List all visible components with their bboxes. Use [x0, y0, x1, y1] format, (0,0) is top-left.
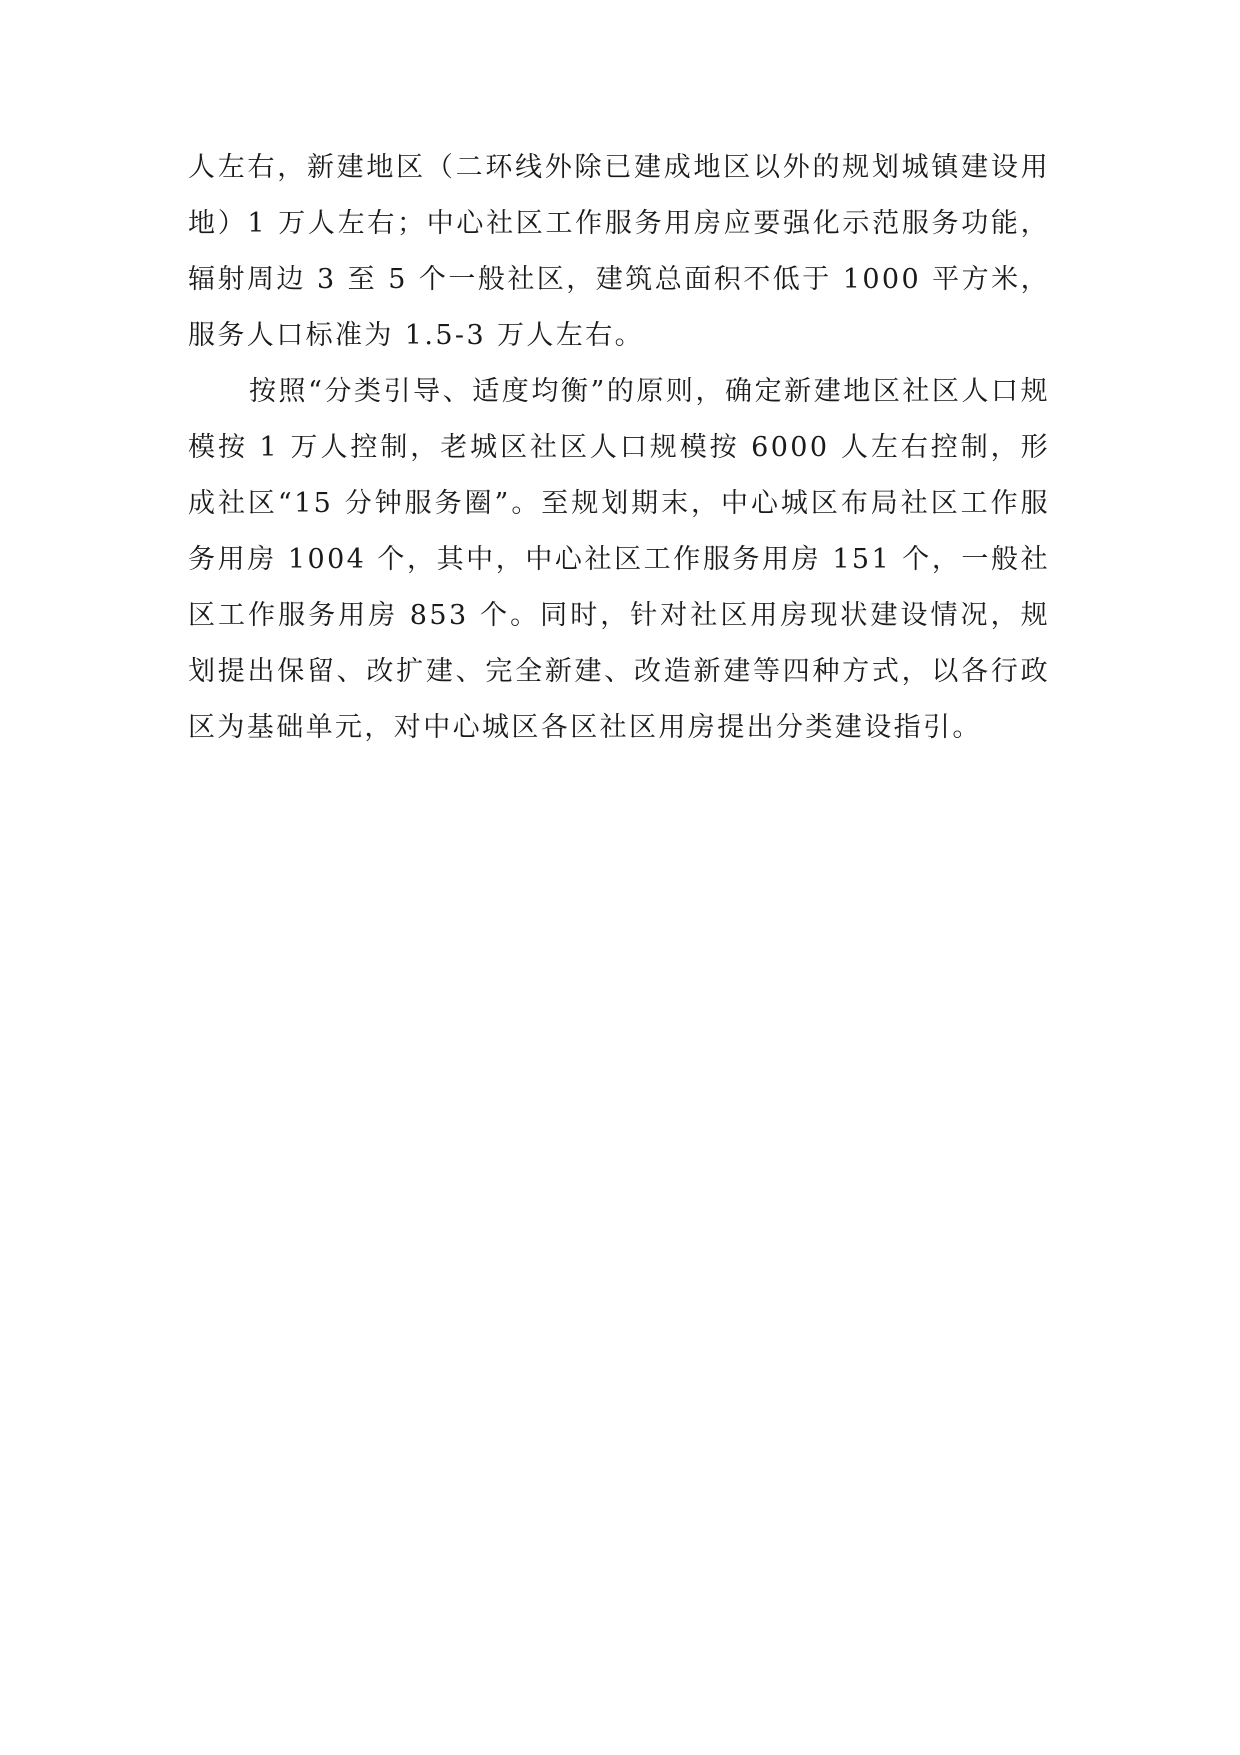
paragraph-2: 按照“分类引导、适度均衡”的原则，确定新建地区社区人口规模按 1 万人控制，老城… [188, 364, 1050, 756]
paragraph-1: 人左右，新建地区（二环线外除已建成地区以外的规划城镇建设用地）1 万人左右；中心… [188, 140, 1050, 364]
document-page: 人左右，新建地区（二环线外除已建成地区以外的规划城镇建设用地）1 万人左右；中心… [0, 0, 1240, 1755]
body-text: 人左右，新建地区（二环线外除已建成地区以外的规划城镇建设用地）1 万人左右；中心… [188, 140, 1050, 756]
